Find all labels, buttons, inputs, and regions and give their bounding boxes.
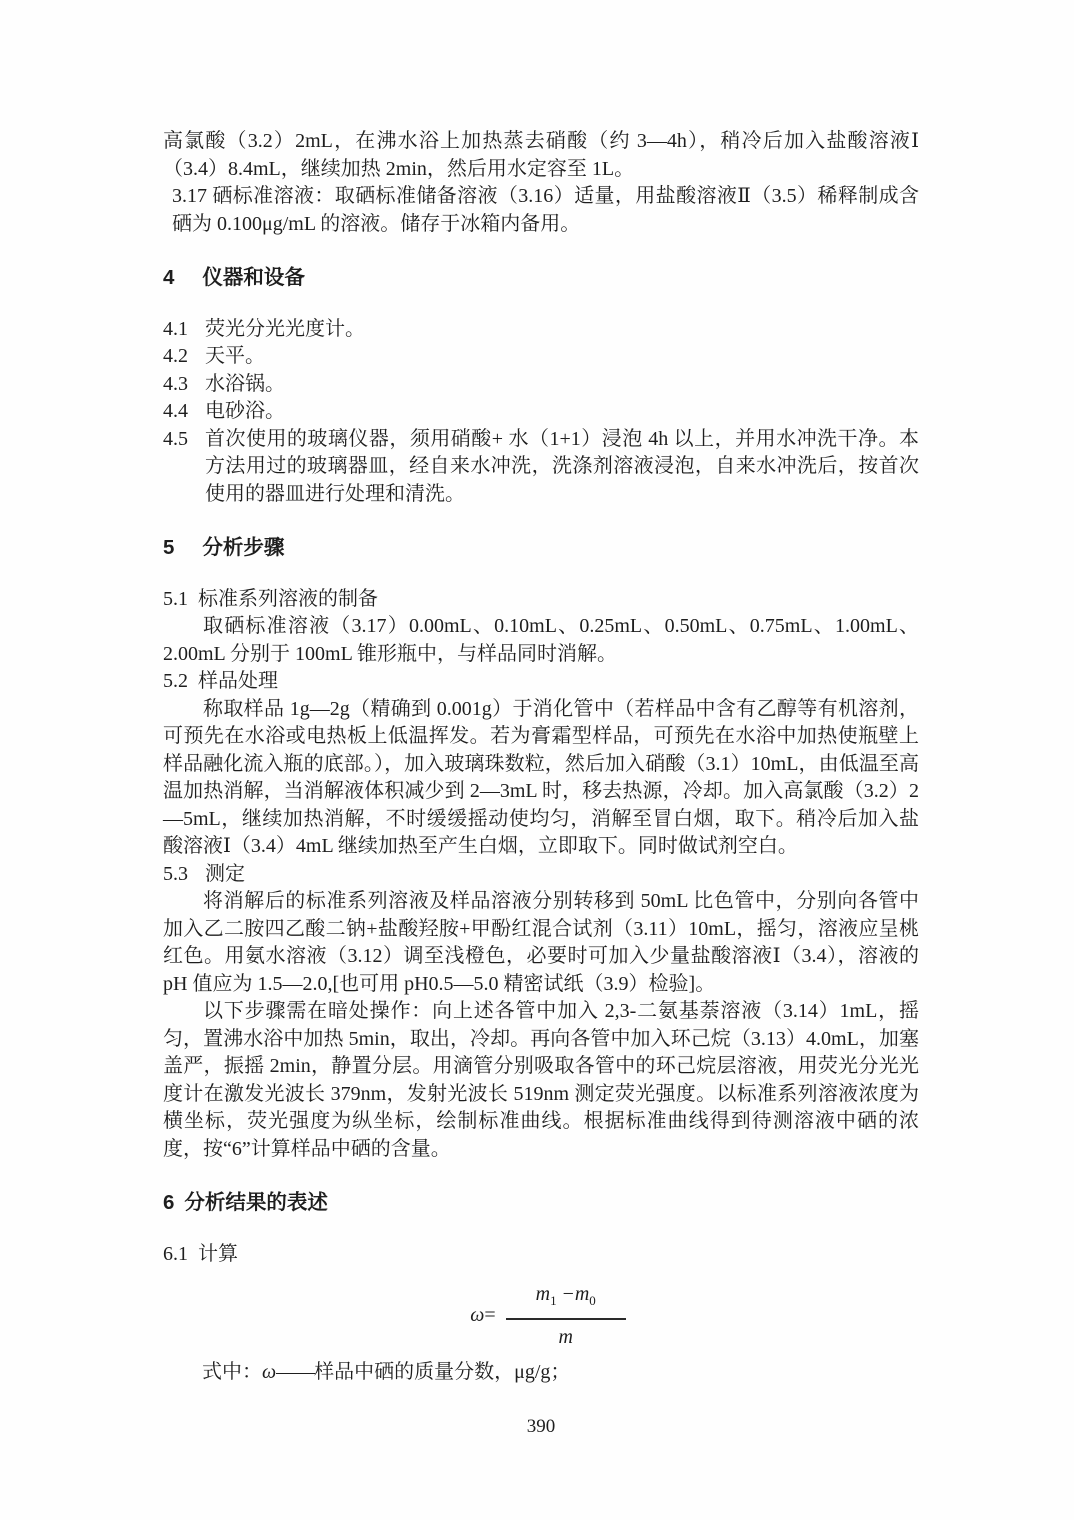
omega-symbol: ω [262,1361,276,1383]
subsection-number: 5.3 [163,863,188,885]
paragraph-5-3-1: 将消解后的标准系列溶液及样品溶液分别转移到 50mL 比色管中，分别向各管中加入… [163,888,919,998]
subscript-1: 1 [550,1293,557,1308]
item-number: 4.4 [163,398,188,426]
formula-mass-fraction: ω= m1−m0 m [177,1282,919,1349]
subsection-number: 6.1 [163,1243,188,1265]
list-item: 4.5首次使用的玻璃仪器，须用硝酸+ 水（1+1）浸泡 4h 以上，并用水冲洗干… [163,426,919,509]
page-number: 390 [163,1413,919,1441]
item-text: 首次使用的玻璃仪器，须用硝酸+ 水（1+1）浸泡 4h 以上，并用水冲洗干净。本… [205,428,919,505]
subsection-title: 样品处理 [198,670,278,692]
subsection-title: 测定 [205,863,245,885]
subsection-number: 5.1 [163,588,188,610]
subsection-6-1-heading: 6.1计算 [163,1241,919,1269]
item-number: 4.5 [163,426,188,454]
minus-sign: − [563,1283,574,1305]
subscript-0: 0 [589,1293,596,1308]
list-item: 4.2天平。 [163,343,919,371]
var-m1: m [536,1283,550,1305]
paragraph-5-2: 称取样品 1g—2g（精确到 0.001g）于消化管中（若样品中含有乙醇等有机溶… [163,696,919,861]
list-item: 4.4电砂浴。 [163,398,919,426]
subsection-5-3-heading: 5.3测定 [163,861,919,889]
fraction-denominator: m [558,1320,572,1349]
paragraph-continuation: 高氯酸（3.2）2mL，在沸水浴上加热蒸去硝酸（约 3—4h），稍冷后加入盐酸溶… [163,128,919,183]
section-5-number: 5 [163,536,174,559]
var-m0: m [575,1283,589,1305]
legend-dash: —— [276,1361,314,1383]
item-text: 天平。 [205,345,265,367]
section-6-number: 6 [163,1191,174,1214]
item-text: 水浴锅。 [205,373,285,395]
item-number: 4.2 [163,343,188,371]
section-5-heading: 5分析步骤 [163,534,919,562]
subsection-5-2-heading: 5.2样品处理 [163,668,919,696]
section-6-title: 分析结果的表述 [184,1191,328,1214]
item-number: 4.3 [163,371,188,399]
subsection-title: 计算 [198,1243,238,1265]
paragraph-3-17: 3.17 硒标准溶液：取硒标准储备溶液（3.16）适量，用盐酸溶液Ⅱ（3.5）稀… [163,183,919,238]
list-item: 4.3水浴锅。 [163,371,919,399]
formula-legend: 式中：ω——样品中硒的质量分数，μg/g； [163,1359,919,1387]
item-number: 4.1 [163,316,188,344]
section-6-heading: 6分析结果的表述 [163,1189,919,1217]
subsection-number: 5.2 [163,670,188,692]
list-item: 4.1荧光分光光度计。 [163,316,919,344]
omega-symbol: ω [470,1304,484,1326]
equals-sign: = [484,1304,495,1326]
paragraph-5-1: 取硒标准溶液（3.17）0.00mL、0.10mL、0.25mL、0.50mL、… [163,613,919,668]
paragraph-5-3-2: 以下步骤需在暗处操作：向上述各管中加入 2,3-二氨基萘溶液（3.14）1mL，… [163,998,919,1163]
legend-text: 样品中硒的质量分数，μg/g； [314,1361,570,1383]
item-text: 电砂浴。 [205,400,285,422]
section-5-title: 分析步骤 [202,536,284,559]
fraction-numerator: m1−m0 [506,1282,626,1320]
apparatus-list: 4.1荧光分光光度计。 4.2天平。 4.3水浴锅。 4.4电砂浴。 4.5首次… [163,316,919,509]
section-4-title: 仪器和设备 [202,266,305,289]
fraction: m1−m0 m [506,1282,626,1349]
formula-lhs: ω= [470,1302,495,1330]
document-content: 高氯酸（3.2）2mL，在沸水浴上加热蒸去硝酸（约 3—4h），稍冷后加入盐酸溶… [163,128,919,1440]
item-text: 荧光分光光度计。 [205,318,365,340]
var-m: m [558,1326,572,1348]
legend-prefix: 式中： [202,1361,262,1383]
document-page: 高氯酸（3.2）2mL，在沸水浴上加热蒸去硝酸（约 3—4h），稍冷后加入盐酸溶… [0,0,1074,1520]
section-4-heading: 4仪器和设备 [163,264,919,292]
section-4-number: 4 [163,266,174,289]
subsection-5-1-heading: 5.1标准系列溶液的制备 [163,586,919,614]
subsection-title: 标准系列溶液的制备 [198,588,378,610]
